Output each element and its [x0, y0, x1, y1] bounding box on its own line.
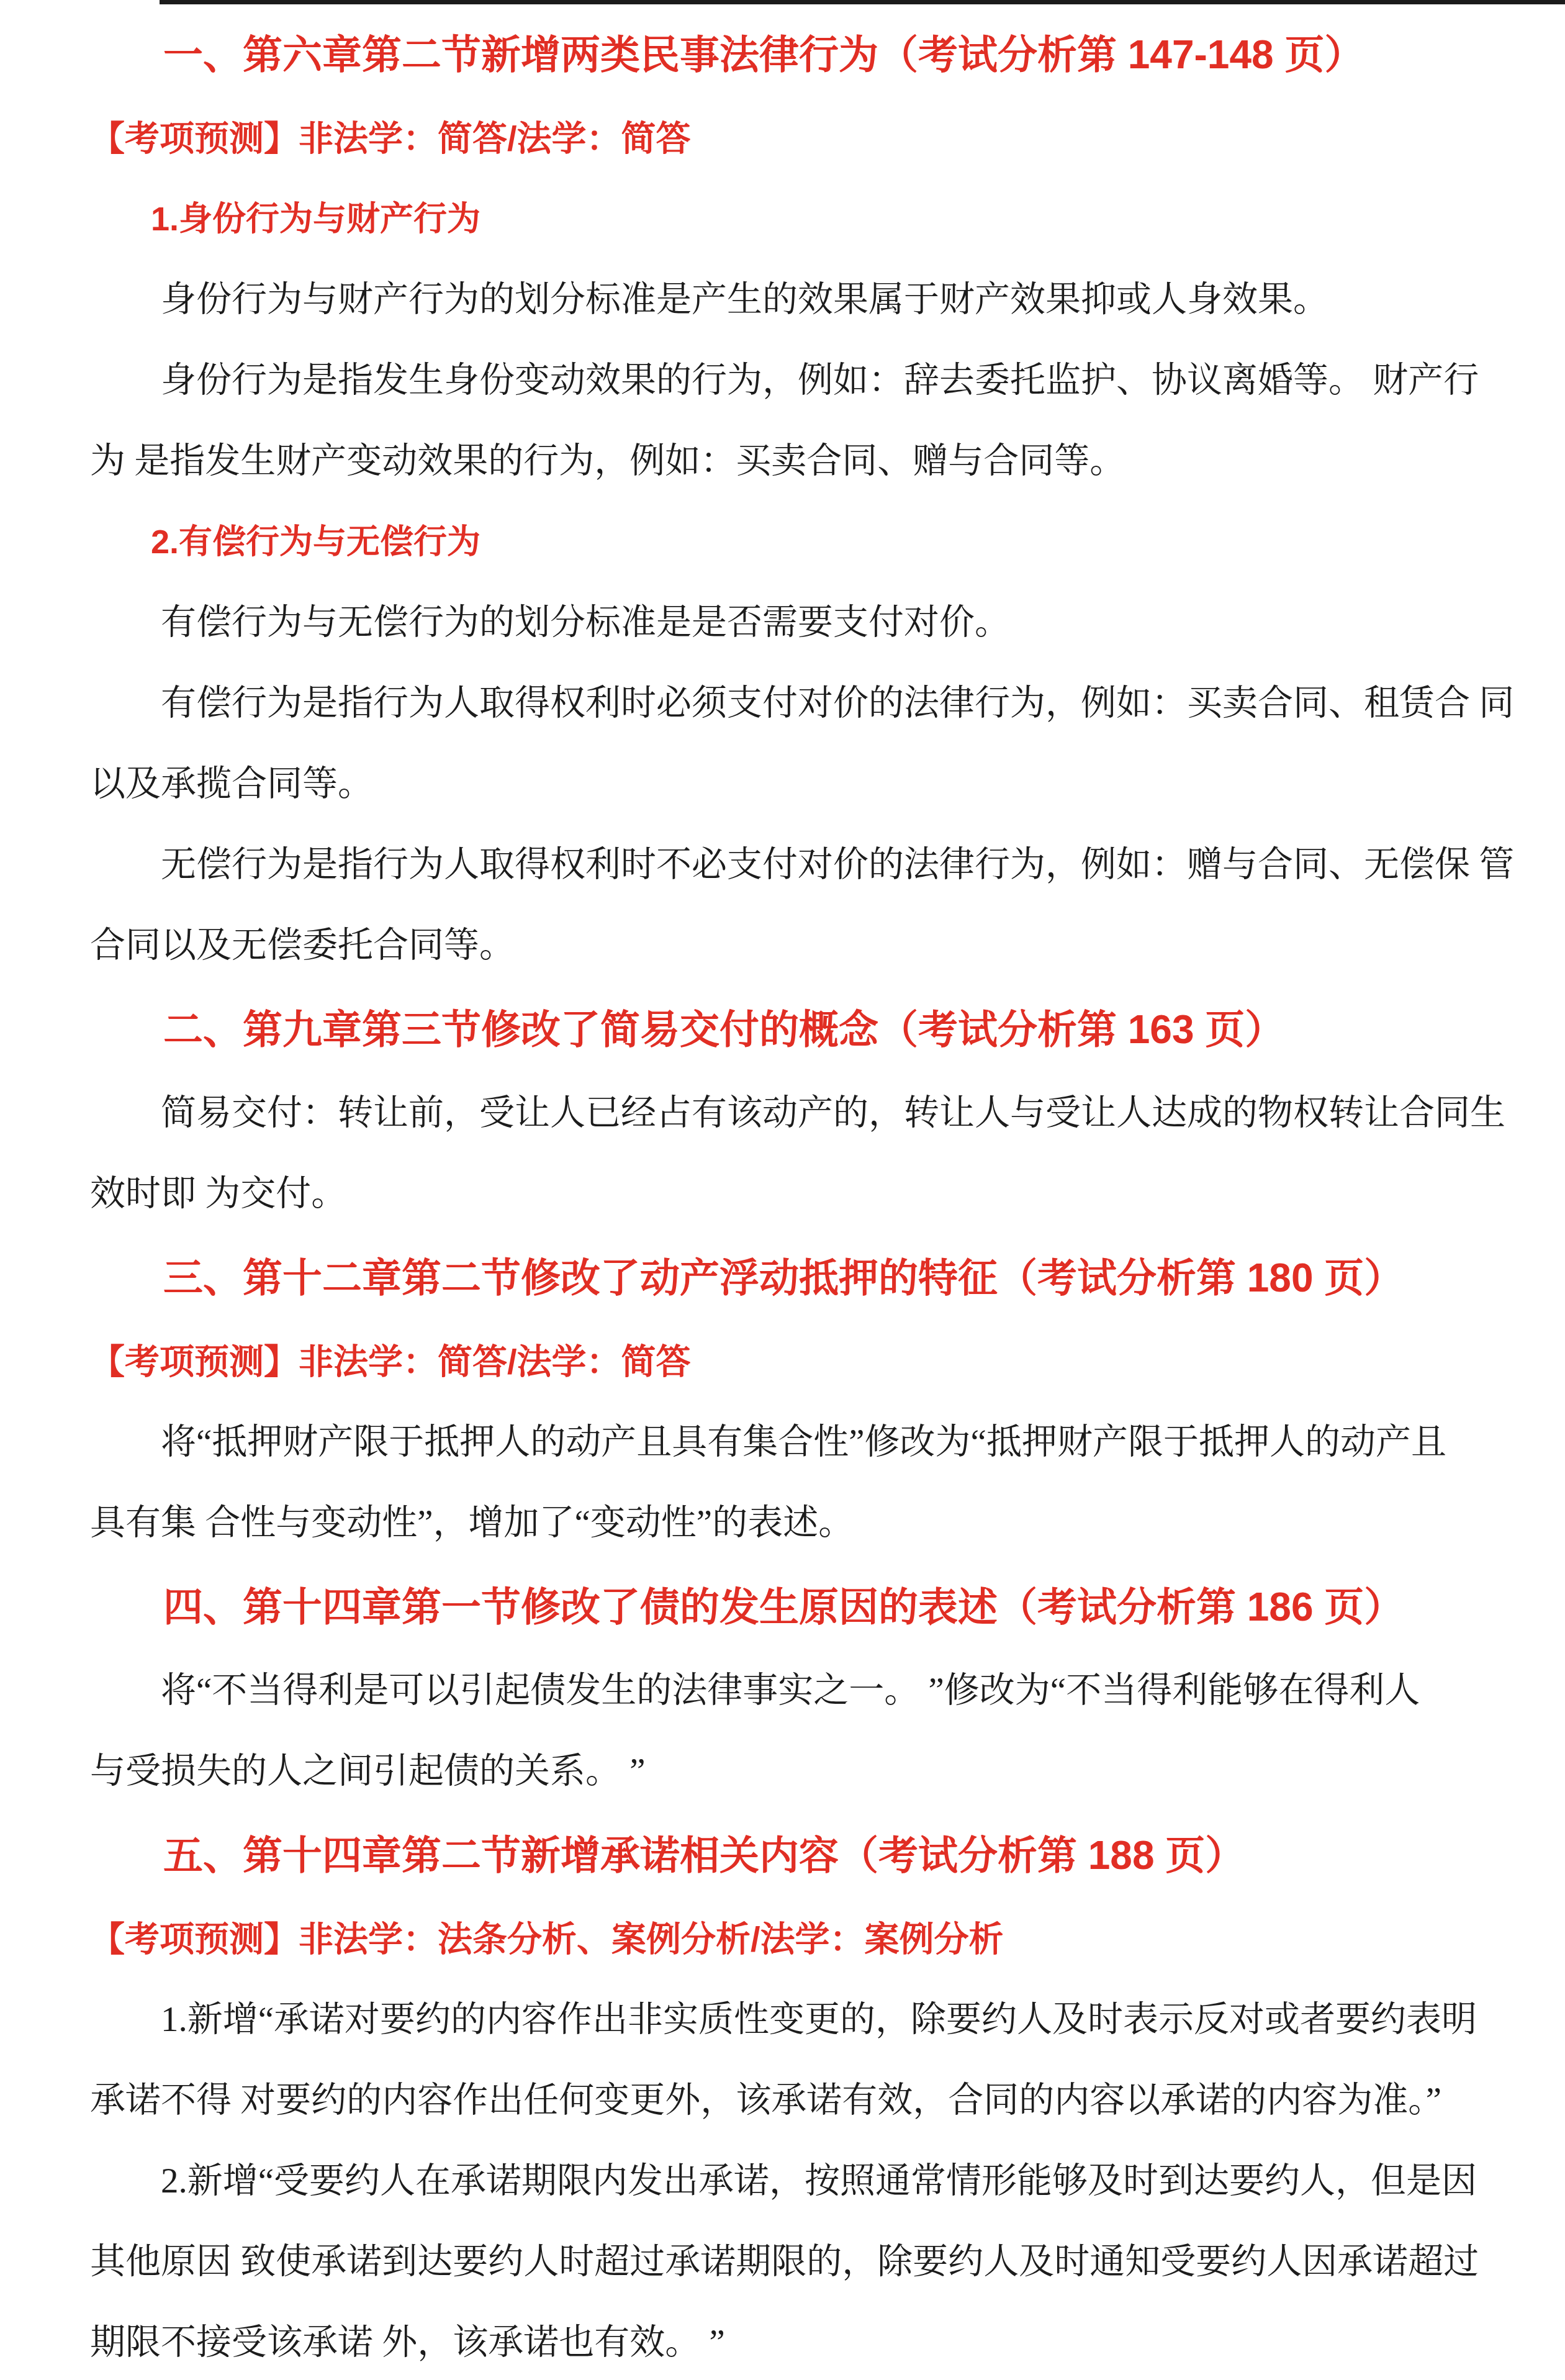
body-line: 期限不接受该承诺 外，该承诺也有效。 ”	[90, 2302, 1492, 2380]
section-heading-1: 一、第六章第二节新增两类民事法律行为（考试分析第 147-148 页）	[90, 11, 1492, 98]
body-line: 合同以及无偿委托合同等。	[90, 905, 1492, 986]
exam-prediction-label: 【考项预测】非法学：简答/法学：简答	[90, 1321, 1492, 1402]
sub-heading: 2.有偿行为与无偿行为	[90, 502, 1492, 582]
body-line: 有偿行为是指行为人取得权利时必须支付对价的法律行为，例如：买卖合同、租赁合 同	[90, 663, 1492, 744]
body-line: 将“抵押财产限于抵押人的动产且具有集合性”修改为“抵押财产限于抵押人的动产且	[90, 1402, 1492, 1483]
section-heading-4: 四、第十四章第一节修改了债的发生原因的表述（考试分析第 186 页）	[90, 1563, 1492, 1650]
body-line: 承诺不得 对要约的内容作出任何变更外，该承诺有效，合同的内容以承诺的内容为准。”	[90, 2060, 1492, 2141]
body-line: 身份行为与财产行为的划分标准是产生的效果属于财产效果抑或人身效果。	[90, 260, 1492, 340]
document-page: 一、第六章第二节新增两类民事法律行为（考试分析第 147-148 页） 【考项预…	[0, 0, 1565, 2380]
body-line: 有偿行为与无偿行为的划分标准是是否需要支付对价。	[90, 582, 1492, 663]
body-line: 与受损失的人之间引起债的关系。 ”	[90, 1731, 1492, 1812]
body-line: 具有集 合性与变动性”，增加了“变动性”的表述。	[90, 1483, 1492, 1563]
body-line: 身份行为是指发生身份变动效果的行为，例如：辞去委托监护、协议离婚等。 财产行	[90, 340, 1492, 421]
body-line: 效时即 为交付。	[90, 1154, 1492, 1234]
section-heading-5: 五、第十四章第二节新增承诺相关内容（考试分析第 188 页）	[90, 1812, 1492, 1899]
section-heading-2: 二、第九章第三节修改了简易交付的概念（考试分析第 163 页）	[90, 986, 1492, 1073]
body-line: 其他原因 致使承诺到达要约人时超过承诺期限的，除要约人及时通知受要约人因承诺超过	[90, 2222, 1492, 2302]
body-line: 2.新增“受要约人在承诺期限内发出承诺，按照通常情形能够及时到达要约人，但是因	[90, 2141, 1492, 2222]
document-content: 一、第六章第二节新增两类民事法律行为（考试分析第 147-148 页） 【考项预…	[90, 11, 1492, 2380]
exam-prediction-label: 【考项预测】非法学：法条分析、案例分析/法学：案例分析	[90, 1899, 1492, 1980]
sub-heading: 1.身份行为与财产行为	[90, 179, 1492, 260]
body-line: 1.新增“承诺对要约的内容作出非实质性变更的，除要约人及时表示反对或者要约表明	[90, 1980, 1492, 2060]
section-heading-3: 三、第十二章第二节修改了动产浮动抵押的特征（考试分析第 180 页）	[90, 1234, 1492, 1321]
page-top-rule	[160, 0, 1565, 4]
body-line: 无偿行为是指行为人取得权利时不必支付对价的法律行为，例如：赠与合同、无偿保 管	[90, 825, 1492, 905]
body-line: 以及承揽合同等。	[90, 744, 1492, 825]
body-line: 简易交付：转让前，受让人已经占有该动产的，转让人与受让人达成的物权转让合同生	[90, 1073, 1492, 1154]
body-line: 将“不当得利是可以引起债发生的法律事实之一。 ”修改为“不当得利能够在得利人	[90, 1650, 1492, 1731]
exam-prediction-label: 【考项预测】非法学：简答/法学：简答	[90, 98, 1492, 179]
body-line: 为 是指发生财产变动效果的行为，例如：买卖合同、赠与合同等。	[90, 421, 1492, 502]
